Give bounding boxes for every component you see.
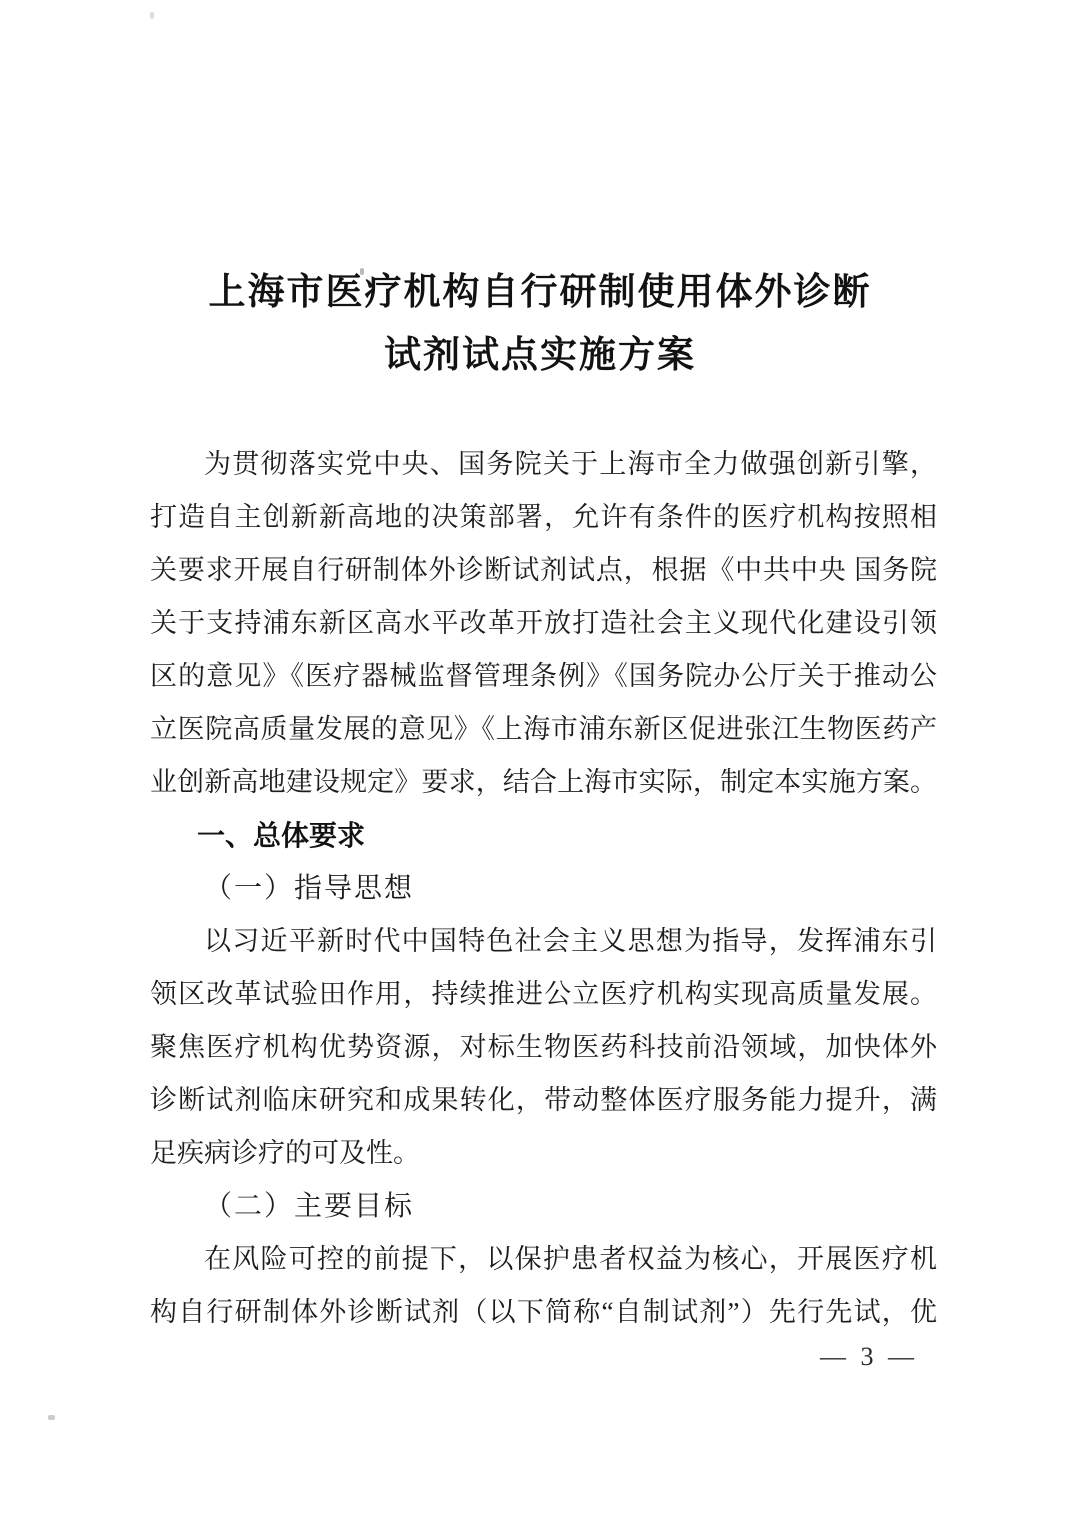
title-line-1: 上海市医疗机构自行研制使用体外诊断 <box>0 260 1080 323</box>
title-line-2: 试剂试点实施方案 <box>0 323 1080 386</box>
paragraph-line: 领区改革试验田作用，持续推进公立医疗机构实现高质量发展。 <box>150 968 937 1021</box>
paragraph-line: 业创新高地建设规定》要求，结合上海市实际，制定本实施方案。 <box>150 756 937 809</box>
subsection-heading-main-goals: （二）主要目标 <box>150 1180 937 1233</box>
paragraph-line: 区的意见》《医疗器械监督管理条例》《国务院办公厅关于推动公 <box>150 650 937 703</box>
subsection-heading-guiding-ideology: （一）指导思想 <box>150 862 937 915</box>
document-title: 上海市医疗机构自行研制使用体外诊断 试剂试点实施方案 <box>0 260 1080 386</box>
paragraph-line: 在风险可控的前提下，以保护患者权益为核心，开展医疗机 <box>150 1233 937 1286</box>
scan-artifact <box>150 12 154 19</box>
document-page: 上海市医疗机构自行研制使用体外诊断 试剂试点实施方案 为贯彻落实党中央、国务院关… <box>0 0 1080 1531</box>
paragraph-line: 关要求开展自行研制体外诊断试剂试点，根据《中共中央 国务院 <box>150 544 937 597</box>
scan-artifact <box>48 1415 55 1420</box>
paragraph-line: 以习近平新时代中国特色社会主义思想为指导，发挥浦东引 <box>150 915 937 968</box>
document-body: 为贯彻落实党中央、国务院关于上海市全力做强创新引擎， 打造自主创新新高地的决策部… <box>150 438 937 1339</box>
paragraph-line: 诊断试剂临床研究和成果转化，带动整体医疗服务能力提升，满 <box>150 1074 937 1127</box>
paragraph-line: 关于支持浦东新区高水平改革开放打造社会主义现代化建设引领 <box>150 597 937 650</box>
paragraph-line: 立医院高质量发展的意见》《上海市浦东新区促进张江生物医药产 <box>150 703 937 756</box>
paragraph-line: 打造自主创新新高地的决策部署，允许有条件的医疗机构按照相 <box>150 491 937 544</box>
section-heading-overall-requirements: 一、总体要求 <box>150 809 937 862</box>
paragraph-line: 足疾病诊疗的可及性。 <box>150 1127 937 1180</box>
paragraph-line: 构自行研制体外诊断试剂（以下简称“自制试剂”）先行先试，优 <box>150 1286 937 1339</box>
page-number: — 3 — <box>820 1342 918 1372</box>
paragraph-line: 聚焦医疗机构优势资源，对标生物医药科技前沿领域，加快体外 <box>150 1021 937 1074</box>
paragraph-line: 为贯彻落实党中央、国务院关于上海市全力做强创新引擎， <box>150 438 937 491</box>
